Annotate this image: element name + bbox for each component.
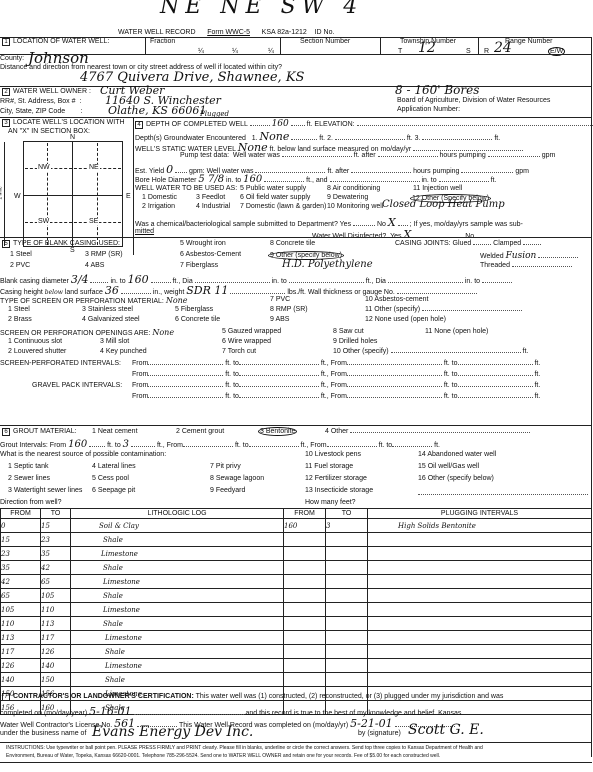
opening-6[interactable]: 6 Wire wrapped: [222, 338, 271, 345]
screen-3[interactable]: 3 Stainless steel: [82, 306, 133, 313]
owner-label: 2WATER WELL OWNER :: [2, 88, 91, 96]
casing-8[interactable]: 8 Concrete tile: [270, 240, 315, 247]
screen-intervals-row-1[interactable]: From ft. to ft., From ft. to ft.: [132, 360, 540, 367]
welded-value[interactable]: Fusion: [506, 251, 537, 261]
contam-other-line[interactable]: [418, 490, 588, 497]
compass-s: S: [70, 247, 75, 254]
section3-sublabel: AN "X" IN SECTION BOX:: [8, 128, 90, 135]
mitted-label: mitted: [135, 228, 154, 235]
screen-intervals-row-2[interactable]: From ft. to ft., From ft. to ft.: [132, 371, 540, 378]
screen-7[interactable]: 7 PVC: [270, 296, 290, 303]
use-7[interactable]: 7 Domestic (lawn & garden): [240, 203, 326, 210]
casing-other-value[interactable]: H.D. Polyethylene: [282, 259, 373, 270]
casing-1[interactable]: 1 Steel: [10, 251, 32, 258]
col-from: FROM: [1, 509, 41, 519]
col-plug-from: FROM: [284, 509, 326, 519]
quadrant-se[interactable]: SE: [88, 218, 99, 225]
openings-value[interactable]: None: [152, 328, 174, 337]
table-row: 015Soil & Clay1603High Solids Bentonite: [1, 519, 592, 533]
screen-10[interactable]: 10 Asbestos-cement: [365, 296, 428, 303]
screen-value[interactable]: None: [166, 296, 188, 305]
welded-row: Welded Fusion: [480, 251, 578, 261]
gravel-intervals-row-1[interactable]: From ft. to ft., From ft. to ft.: [132, 382, 540, 389]
use-11[interactable]: 11 Injection well: [413, 185, 462, 192]
address-label: RR#, St. Address, Box # :: [0, 98, 81, 105]
col-plug-to: TO: [326, 509, 368, 519]
record-completed-value[interactable]: 5-21-01: [350, 717, 392, 730]
contam-12[interactable]: 12 Fertilizer storage: [305, 475, 367, 482]
table-row: 3542Shale: [1, 561, 592, 575]
instructions-line-1: INSTRUCTIONS: Use typewriter or ball poi…: [6, 745, 483, 751]
contam-14[interactable]: 14 Abandoned water well: [418, 451, 496, 458]
contam-13[interactable]: 13 Insecticide storage: [305, 487, 373, 494]
pump-row-1: Pump test data: Well water was ft. after…: [180, 152, 555, 159]
opening-2[interactable]: 2 Louvered shutter: [8, 348, 66, 355]
section1-label: 1LOCATION OF WATER WELL:: [2, 38, 109, 46]
direction-label: Direction from well?: [0, 499, 61, 506]
contam-16[interactable]: 16 Other (specify below): [418, 475, 494, 482]
application-label: Application Number:: [397, 106, 460, 113]
casing-4[interactable]: 4 ABS: [85, 262, 104, 269]
quadrant-ne[interactable]: NE: [88, 164, 100, 171]
casing-6[interactable]: 6 Asbestos-Cement: [180, 251, 241, 258]
table-row: 1523Shale: [1, 533, 592, 547]
grout-3[interactable]: 3 Bentonite: [258, 427, 297, 436]
contam-2[interactable]: 2 Sewer lines: [8, 475, 50, 482]
screen-9[interactable]: 9 ABS: [270, 316, 289, 323]
opening-8[interactable]: 8 Saw cut: [333, 328, 364, 335]
use-2[interactable]: 2 Irrigation: [142, 203, 175, 210]
contam-8[interactable]: 8 Sewage lagoon: [210, 475, 264, 482]
compass-e: E: [126, 193, 131, 200]
opening-3[interactable]: 3 Mill slot: [100, 338, 129, 345]
city-value[interactable]: Olathe, KS 66061: [108, 104, 206, 117]
use-1[interactable]: 1 Domestic: [142, 194, 177, 201]
opening-10[interactable]: 10 Other (specify) ft.: [333, 348, 528, 355]
table-row: 113117Limestone: [1, 631, 592, 645]
grout-label: 6GROUT MATERIAL:: [2, 428, 77, 436]
grout-2[interactable]: 2 Cement grout: [176, 428, 224, 435]
use-other-value[interactable]: Closed Loop Heat Pump: [382, 199, 505, 210]
table-row: 4265Limestone: [1, 575, 592, 589]
grout-from-value[interactable]: 160: [68, 439, 87, 450]
compass-n: N: [70, 134, 75, 141]
opening-5[interactable]: 5 Gauzed wrapped: [222, 328, 281, 335]
contam-15[interactable]: 15 Oil well/Gas well: [418, 463, 479, 470]
distance-value[interactable]: 4767 Quivera Drive, Shawnee, KS: [80, 70, 304, 85]
quadrant-nw[interactable]: NW: [37, 164, 51, 171]
contam-4[interactable]: 4 Lateral lines: [92, 463, 136, 470]
business-value[interactable]: Evans Energy Dev Inc.: [92, 724, 253, 740]
col-plug: PLUGGING INTERVALS: [368, 509, 592, 519]
city-label: City, State, ZIP Code :: [0, 108, 83, 115]
contam-9[interactable]: 9 Feedyard: [210, 487, 245, 494]
id-label: ID No.: [315, 29, 335, 36]
table-row: 65105Shale: [1, 589, 592, 603]
opening-1[interactable]: 1 Continuous slot: [8, 338, 62, 345]
use-8[interactable]: 8 Air conditioning: [327, 185, 380, 192]
gravel-intervals-row-2[interactable]: From ft. to ft., From ft. to ft.: [132, 393, 540, 400]
form-number: Form WWC-5: [207, 29, 250, 36]
how-many-feet-label: How many feet?: [305, 499, 356, 506]
opening-7[interactable]: 7 Torch cut: [222, 348, 256, 355]
bore-to-value[interactable]: 160: [243, 174, 262, 185]
cert-row: 7CONTRACTOR'S OR LANDOWNER'S CERTIFICATI…: [2, 693, 503, 701]
screen-11[interactable]: 11 Other (specify): [365, 306, 522, 313]
contam-5[interactable]: 5 Cess pool: [92, 475, 129, 482]
table-row: 110113Shale: [1, 617, 592, 631]
use-6[interactable]: 6 Oil field water supply: [240, 194, 310, 201]
threaded-row: Threaded: [480, 262, 572, 269]
table-row: 2335Limestone: [1, 547, 592, 561]
opening-4[interactable]: 4 Key punched: [100, 348, 147, 355]
table-row: 105110Limestone: [1, 603, 592, 617]
table-row: 140150Shale: [1, 673, 592, 687]
casing-5[interactable]: 5 Wrought iron: [180, 240, 226, 247]
weight-value[interactable]: SDR 11: [186, 284, 228, 297]
opening-9[interactable]: 9 Drilled holes: [333, 338, 377, 345]
screen-1[interactable]: 1 Steel: [8, 306, 30, 313]
compass-w: W: [14, 193, 21, 200]
scale-label: 1 Mile: [0, 186, 4, 199]
statute: KSA 82a-1212: [262, 29, 307, 36]
casing-7[interactable]: 7 Fiberglass: [180, 262, 218, 269]
section3-label: 3LOCATE WELL'S LOCATION WITH: [2, 119, 125, 127]
signature-value[interactable]: Scott G. E.: [408, 722, 484, 738]
use-4[interactable]: 4 Industrial: [196, 203, 230, 210]
grout-4[interactable]: 4 Other: [325, 428, 530, 435]
header-annotation: NE NE SW 4: [160, 0, 363, 19]
log-table: FROM TO LITHOLOGIC LOG FROM TO PLUGGING …: [0, 508, 592, 715]
table-row: 117126Shale: [1, 645, 592, 659]
use-3[interactable]: 3 Feedlot: [196, 194, 225, 201]
grout-to-value[interactable]: 3: [123, 439, 129, 450]
gravel-intervals-label: GRAVEL PACK INTERVALS:: [32, 382, 122, 389]
county-label: County:: [0, 55, 24, 62]
depth-value[interactable]: 160: [272, 119, 289, 129]
instructions-line-2: Environment, Bureau of Water, Topeka, Ka…: [6, 753, 440, 759]
fraction-label: Fraction: [150, 38, 175, 45]
screen-12[interactable]: 12 None used (open hole): [365, 316, 446, 323]
casing-label: 5TYPE OF BLANK CASING USED:: [2, 240, 120, 248]
section-number-label: Section Number: [300, 38, 350, 45]
openings-row: SCREEN OR PERFORATION OPENINGS ARE: None: [0, 328, 174, 337]
contam-3[interactable]: 3 Watertight sewer lines: [8, 487, 82, 494]
casing-2[interactable]: 2 PVC: [10, 262, 30, 269]
table-row: 126140Limestone: [1, 659, 592, 673]
form-title: WATER WELL RECORD: [118, 29, 196, 36]
screen-intervals-label: SCREEN-PERFORATED INTERVALS:: [0, 360, 121, 367]
opening-11[interactable]: 11 None (open hole): [425, 328, 488, 335]
contam-label: What is the nearest source of possible c…: [0, 451, 166, 458]
business-label: under the business name of: [0, 730, 86, 737]
quadrant-sw[interactable]: SW: [37, 218, 50, 225]
range-label: Range Number: [505, 38, 552, 45]
contam-7[interactable]: 7 Pit privy: [210, 463, 241, 470]
casing-3[interactable]: 3 RMP (SR): [85, 251, 123, 258]
bore-value[interactable]: 5 7/8: [198, 174, 224, 185]
screen-2[interactable]: 2 Brass: [8, 316, 32, 323]
form-title-row: WATER WELL RECORD Form WWC-5 KSA 82a-121…: [118, 29, 334, 36]
grout-intervals-row: Grout Intervals: From 160 ft. to 3 ft., …: [0, 439, 440, 450]
screen-5[interactable]: 5 Fiberglass: [175, 306, 213, 313]
grout-1[interactable]: 1 Neat cement: [92, 428, 138, 435]
col-litho: LITHOLOGIC LOG: [71, 509, 284, 519]
screen-label-row: TYPE OF SCREEN OR PERFORATION MATERIAL: …: [0, 296, 188, 305]
board-label: Board of Agriculture, Division of Water …: [397, 97, 550, 104]
bores-note: 8 - 160' Bores: [395, 83, 479, 97]
joints-row: CASING JOINTS: Glued Clamped: [395, 240, 541, 247]
use-5[interactable]: 5 Public water supply: [240, 185, 306, 192]
use-10[interactable]: 10 Monitoring well: [327, 203, 383, 210]
contam-1[interactable]: 1 Septic tank: [8, 463, 48, 470]
section-box[interactable]: [23, 141, 123, 247]
bore-row: Bore Hole Diameter 5 7/8 in. to 160 ft.,…: [135, 174, 496, 185]
contam-11[interactable]: 11 Fuel storage: [305, 463, 353, 470]
use-label: WELL WATER TO BE USED AS:: [135, 185, 237, 192]
depth-row: 4DEPTH OF COMPLETED WELL 160 ft. ELEVATI…: [135, 119, 593, 129]
contam-10[interactable]: 10 Livestock pens: [305, 451, 361, 458]
screen-8[interactable]: 8 RMP (SR): [270, 306, 308, 313]
screen-4[interactable]: 4 Galvanized steel: [82, 316, 140, 323]
signature-label: by (signature): [358, 730, 401, 737]
screen-6[interactable]: 6 Concrete tile: [175, 316, 220, 323]
col-to: TO: [41, 509, 71, 519]
use-9[interactable]: 9 Dewatering: [327, 194, 368, 201]
contam-6[interactable]: 6 Seepage pit: [92, 487, 135, 494]
